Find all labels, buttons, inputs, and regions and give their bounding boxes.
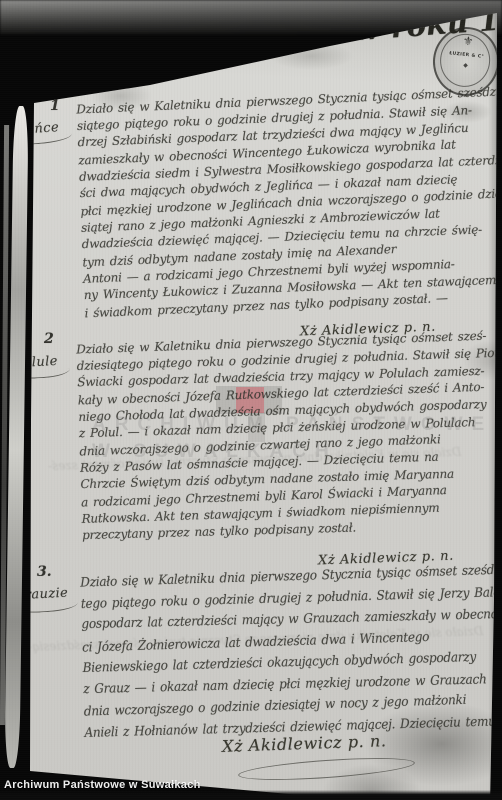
margin-flourish — [18, 602, 78, 613]
archive-watermark-text: Archiwum Państwowe w Suwałkach — [4, 779, 201, 791]
title-flourish-icon — [41, 45, 95, 74]
entry-2-number: 2 — [44, 331, 54, 347]
margin-flourish — [18, 369, 70, 380]
entry-3-number: 3. — [37, 564, 52, 580]
birth-entry-1: Działo się w Kaletniku dnia pierwszego S… — [76, 83, 502, 321]
signature-flourish — [238, 754, 416, 784]
entry-1-number: 1 — [50, 98, 60, 114]
center-watermark-text: ARCHIWUM PAŃSTWOWE — [92, 414, 493, 436]
birth-entry-2: Działo się w Kaletniku dnia pierwszego S… — [76, 328, 502, 545]
archival-scan-photo: Akta Urodzenia w roku 1865. ⚜ ŁUZIER & C… — [0, 0, 502, 800]
birth-entry-3: Działo się w Kaletniku dnia pierwszego S… — [80, 559, 502, 744]
center-watermark-text: W SUWAŁKACH — [92, 441, 338, 463]
register-page: Akta Urodzenia w roku 1865. ⚜ ŁUZIER & C… — [0, 0, 502, 800]
photo-bottom-shadow — [0, 790, 502, 800]
